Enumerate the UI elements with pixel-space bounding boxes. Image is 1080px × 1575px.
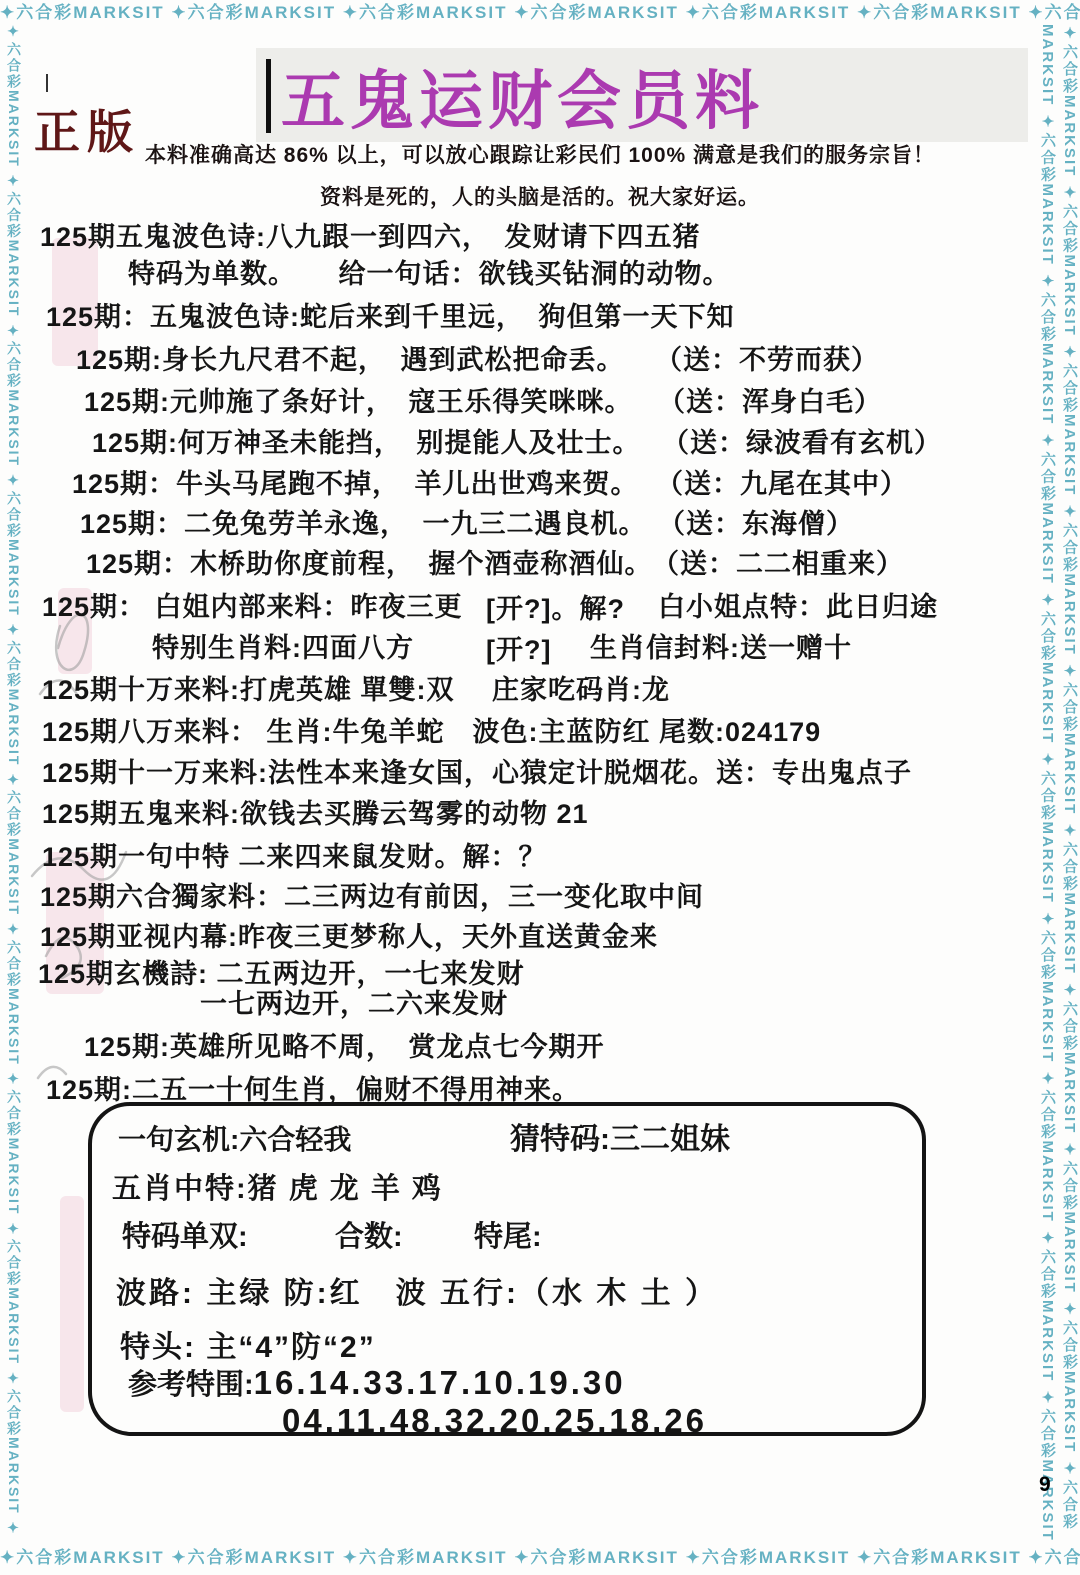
body-line: 特别生肖料:四面八方 [152, 626, 414, 665]
body-line: 125期五鬼来料:欲钱去买腾云驾雾的动物 21 [42, 792, 589, 831]
special-head: 特头: 主“4”防“2” [120, 1322, 376, 1366]
reference-numbers-row2: 04.11.48.32.20.25.18.26 [282, 1402, 707, 1440]
body-line: 125期:英雄所见略不周， 赏龙点七今期开 [84, 1025, 605, 1064]
gift-note: （送：九尾在其中） [656, 462, 908, 501]
body-line: 125期五鬼波色诗:八九跟一到四六， 发财请下四五猪 [40, 215, 701, 254]
body-line: 125期亚视内幕:昨夜三更梦称人，天外直送黄金来 [40, 915, 658, 954]
body-line: 125期十万来料:打虎英雄 單雙:双 [42, 668, 455, 707]
body-line: 125期：牛头马尾跑不掉， 羊儿出世鸡来贺。 [72, 462, 639, 501]
page-title: 五鬼运财会员料 [281, 50, 764, 142]
gift-note: （送：浑身白毛） [658, 380, 882, 419]
pink-watermark [60, 1196, 84, 1412]
sum-label: 合数: [335, 1214, 403, 1255]
scan-tick-mark [46, 74, 48, 92]
body-line: 白小姐点特：此日归途 [658, 585, 938, 624]
body-line: 125期： 白姐内部来料：昨夜三更 [42, 585, 463, 624]
accuracy-claim-text: 本料准确高达 86% 以上，可以放心跟踪让彩民们 100% 满意是我们的服务宗旨… [0, 139, 1080, 169]
guess-special-code: 猜特码:三二姐妹 [510, 1114, 730, 1158]
body-line: 125期：五鬼波色诗:蛇后来到千里远， 狗但第一天下知 [46, 295, 735, 334]
body-line: 125期:何万神圣未能挡， 别提能人及壮士。 [92, 421, 641, 460]
body-line: 生肖信封料:送一赠十 [590, 626, 852, 665]
body-line: 125期:身长九尺君不起， 遇到武松把命丢。 [76, 338, 625, 377]
border-right-marksit-pattern: ✦六合彩MARKSIT ✦六合彩MARKSIT ✦六合彩MARKSIT ✦六合彩… [1036, 24, 1080, 1543]
good-luck-text: 资料是死的，人的头脑是活的。祝大家好运。 [0, 181, 1080, 211]
open-question: [开?]。解? [486, 587, 625, 626]
body-line: 125期十一万来料:法性本来逢女国，心猿定计脱烟花。送：专出鬼点子 [42, 751, 912, 790]
five-zodiac-picks: 五肖中特:猪 虎 龙 羊 鸡 [112, 1166, 443, 1207]
open-question: [开?] [486, 628, 551, 667]
border-left-marksit-pattern: ✦六合彩MARKSIT ✦六合彩MARKSIT ✦六合彩MARKSIT ✦六合彩… [0, 24, 26, 1543]
wave-route: 波路: 主绿 防:红 波 五行:（水 木 土 ） [116, 1268, 718, 1312]
border-bottom-marksit-pattern: ✦六合彩MARKSIT ✦六合彩MARKSIT ✦六合彩MARKSIT ✦六合彩… [0, 1543, 1080, 1575]
gift-note: （送：不劳而获） [655, 338, 879, 377]
reference-label: 参考特围: [128, 1369, 254, 1401]
body-line: 125期:元帅施了条好计， 寇王乐得笑咪咪。 [84, 380, 633, 419]
body-line: 125期八万来料： 生肖:牛兔羊蛇 波色:主蓝防红 尾数:024179 [42, 710, 821, 749]
reference-numbers-row1: 参考特围:16.14.33.17.10.19.30 [128, 1362, 626, 1403]
body-line: 一七两边开，二六来发财 [200, 982, 508, 1021]
body-line: 125期一句中特 二来四来鼠发财。解：？ [42, 835, 547, 874]
body-line: 庄家吃码肖:龙 [492, 668, 670, 707]
page-number: 9 [1039, 1473, 1051, 1497]
reference-numbers: 16.14.33.17.10.19.30 [254, 1364, 626, 1401]
gift-note: （送：绿波看有玄机） [662, 421, 942, 460]
title-block: 五鬼运财会员料 [266, 50, 764, 142]
tail-label: 特尾: [474, 1214, 542, 1255]
body-line: 125期六合獨家料：二三两边有前因，三一变化取中间 [40, 875, 704, 914]
lottery-tip-sheet: ✦六合彩MARKSIT ✦六合彩MARKSIT ✦六合彩MARKSIT ✦六合彩… [0, 0, 1080, 1575]
gift-note: （送：二二相重来） [652, 542, 904, 581]
gift-note: （送：东海僧） [658, 502, 854, 541]
border-top-marksit-pattern: ✦六合彩MARKSIT ✦六合彩MARKSIT ✦六合彩MARKSIT ✦六合彩… [0, 0, 1080, 28]
body-line: 125期：二免兔劳羊永逸， 一九三二遇良机。 [80, 502, 647, 541]
body-line: 特码为单数。 给一句话：欲钱买钻洞的动物。 [128, 252, 731, 291]
prediction-summary-box: 一句玄机:六合轻我 猜特码:三二姐妹 五肖中特:猪 虎 龙 羊 鸡 特码单双: … [88, 1102, 926, 1436]
odd-even-label: 特码单双: [122, 1214, 248, 1255]
mystery-hint: 一句玄机:六合轻我 [118, 1118, 351, 1158]
title-divider-bar [266, 59, 271, 133]
body-line: 125期：木桥助你度前程， 握个酒壶称酒仙。 [86, 542, 653, 581]
